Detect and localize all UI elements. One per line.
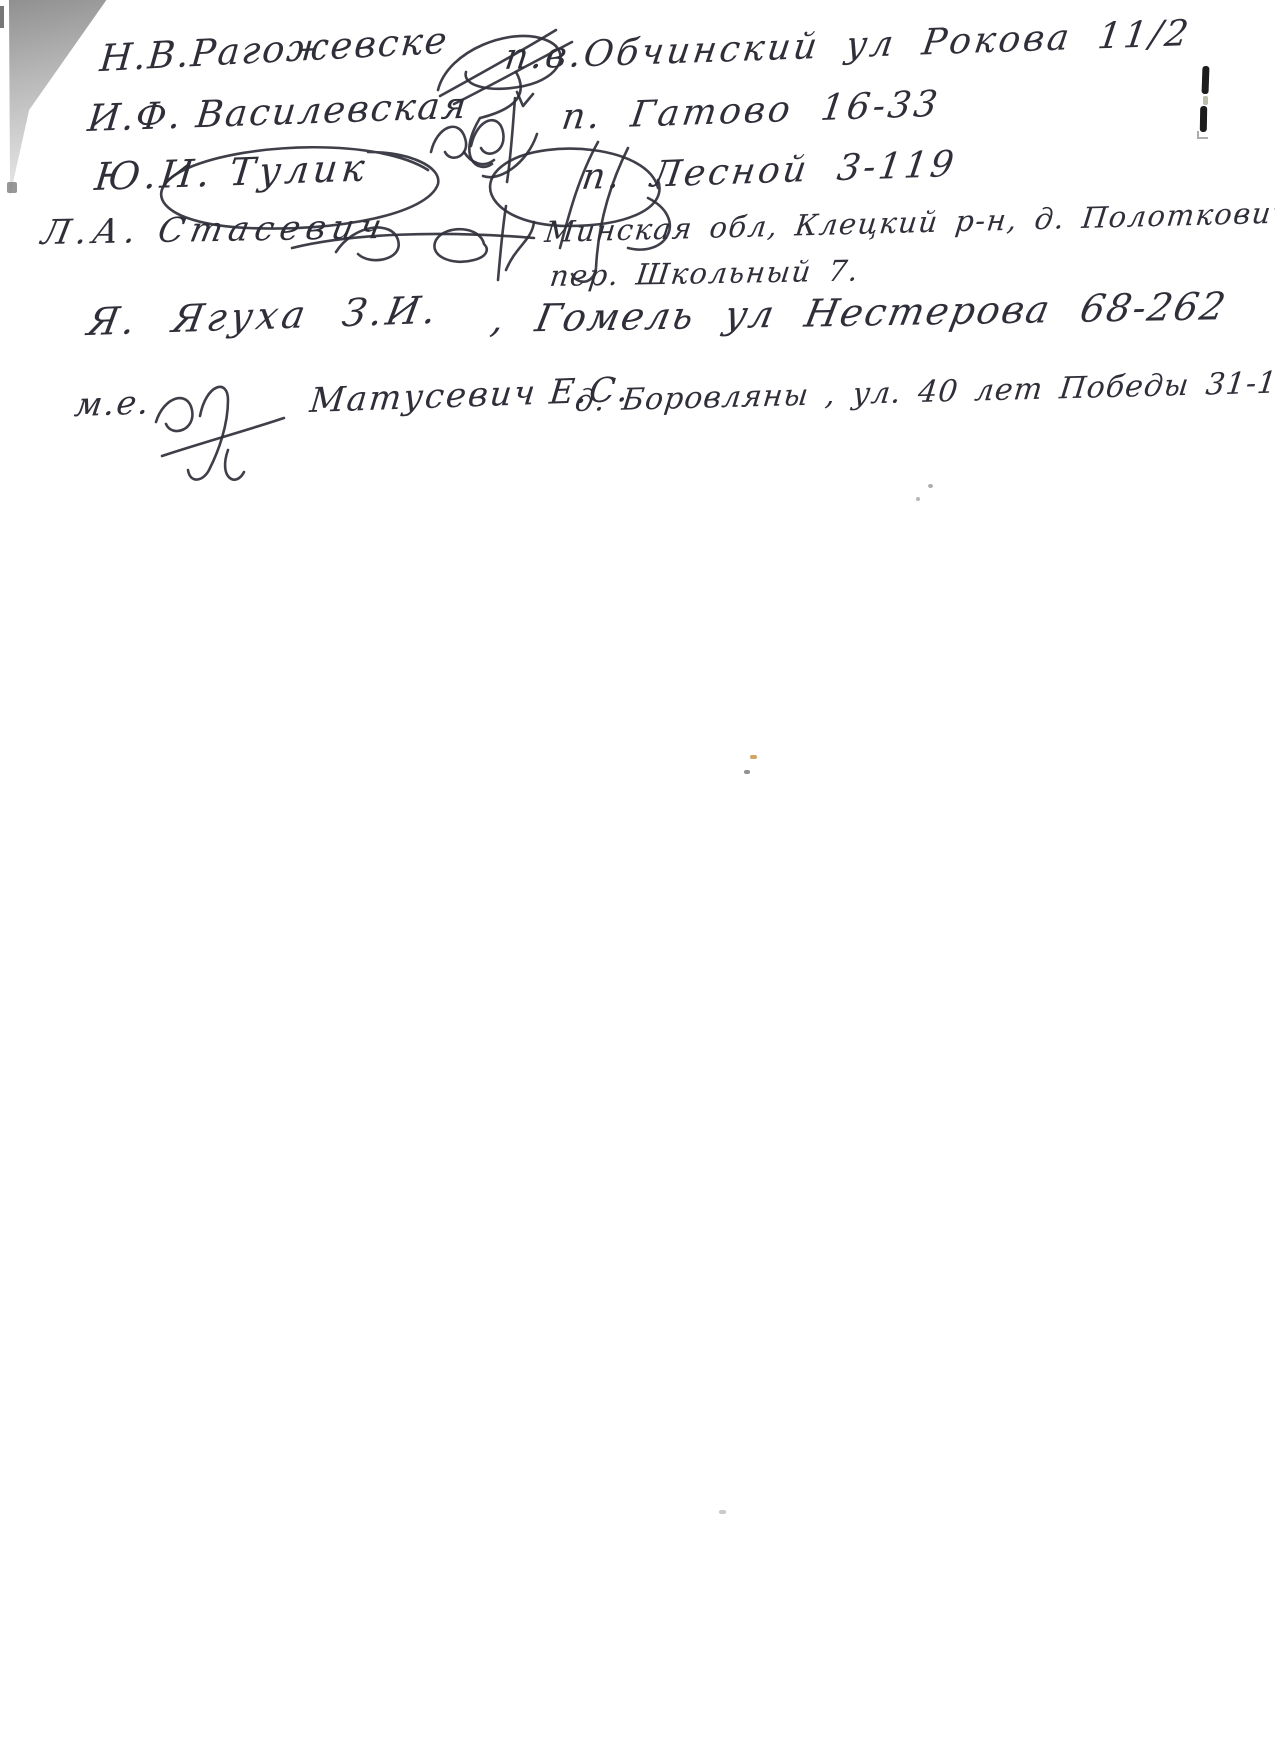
handwritten-address-6: д. Боровляны , ул. 40 лет Победы 31-130 — [573, 368, 1275, 418]
scanned-page: Н.В.Рагожевске п.в.Обчинский ул Рокова 1… — [0, 0, 1275, 1755]
speck-artifact — [750, 755, 757, 759]
binding-mark-1 — [1202, 66, 1210, 94]
speck-artifact — [744, 770, 750, 774]
handwritten-address-3: п. Лесной 3-119 — [579, 147, 958, 196]
handwritten-address-4-line2: пер. Школьный 7. — [548, 257, 861, 291]
handwritten-address-1: п.в.Обчинский ул Рокова 11/2 — [502, 16, 1193, 76]
fold-tip-artifact — [7, 182, 17, 193]
binding-mark-2-hook — [1197, 131, 1208, 139]
speck-artifact — [916, 497, 920, 501]
handwritten-initials-6: м.е. — [73, 385, 153, 421]
binding-mark-2 — [1200, 106, 1207, 132]
signature-6 — [148, 360, 288, 495]
binding-mark-1-tail — [1203, 96, 1208, 105]
handwritten-name-1: Н.В.Рагожевске — [98, 22, 450, 77]
handwritten-name-5: Я. Ягуха З.И. — [85, 291, 443, 342]
speck-artifact — [719, 1510, 726, 1514]
signature-4 — [288, 200, 538, 285]
handwritten-address-5: , Гомель ул Нестерова 68-262 — [488, 287, 1230, 338]
edge-speck-artifact — [0, 6, 4, 28]
speck-artifact — [928, 484, 933, 488]
